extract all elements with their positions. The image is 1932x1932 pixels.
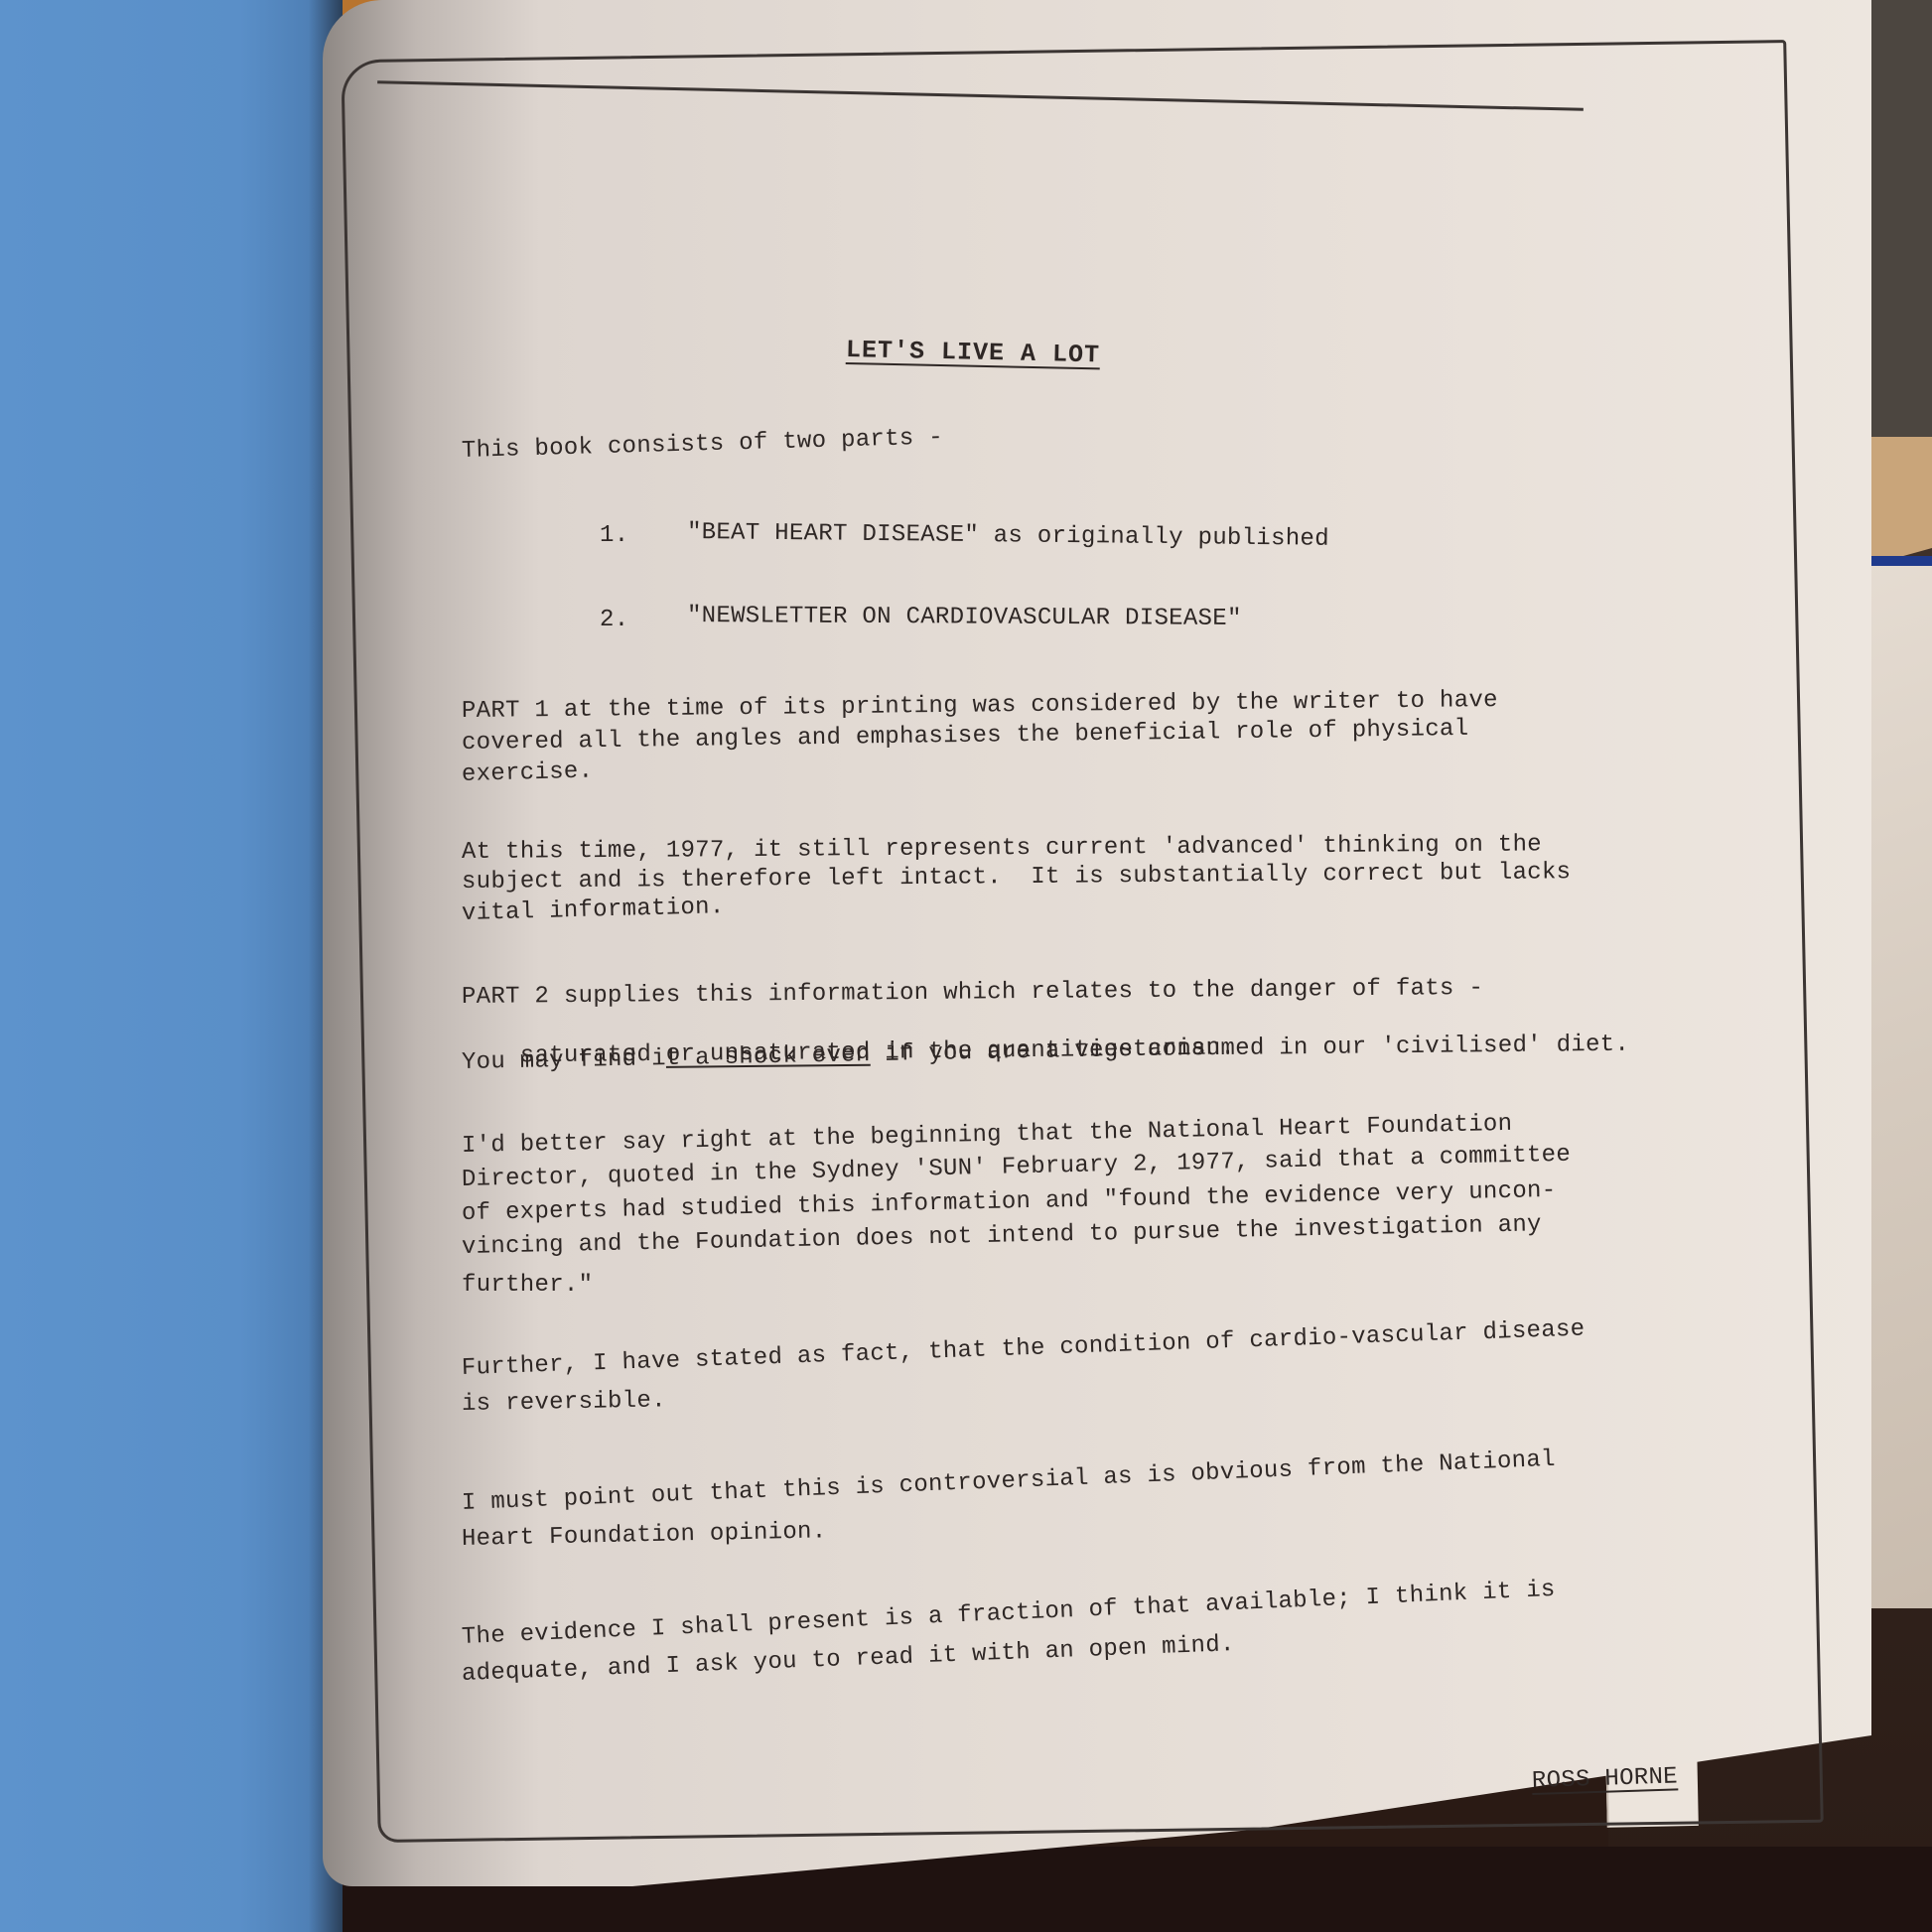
paragraph-line: exercise. [462,758,594,790]
list-item-2-number: 2. [600,606,628,635]
list-item-2-text: "NEWSLETTER ON CARDIOVASCULAR DISEASE" [687,602,1242,634]
paragraph-line: is reversible. [462,1386,666,1420]
list-item-1-number: 1. [600,521,628,551]
paragraph-line: further." [462,1271,593,1301]
document-title: LET'S LIVE A LOT [846,336,1101,370]
author-signature: ROSS HORNE [1532,1762,1679,1797]
blue-book-cover [0,0,343,1932]
